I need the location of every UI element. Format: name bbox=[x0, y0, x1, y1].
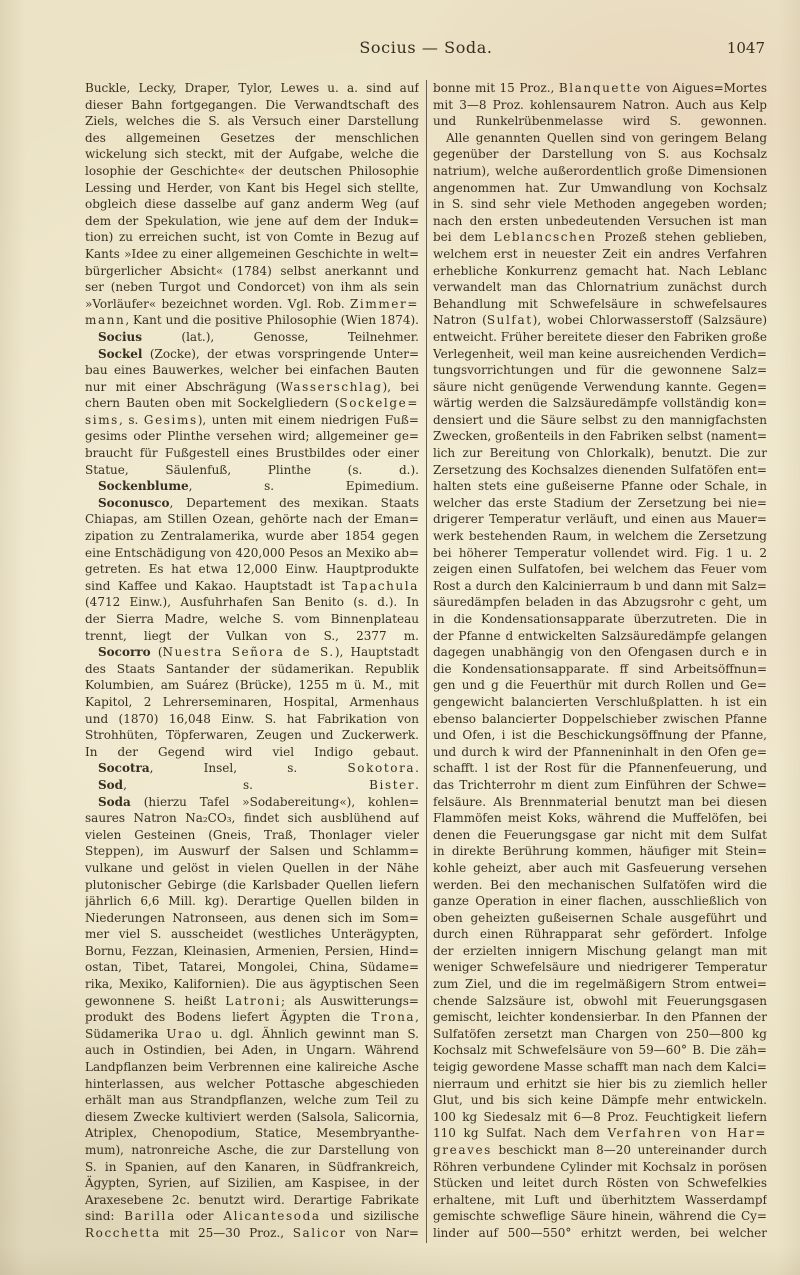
text-line: zeigen einen Sulfatofen, bei welchem das… bbox=[433, 561, 767, 578]
text-line: verwandelt man das Chlornatrium zunächst… bbox=[433, 279, 767, 296]
text-line: gen und g die Feuerthür mit durch Rollen… bbox=[433, 677, 767, 694]
text-line: (4712 Einw.), Ausfuhrhafen San Benito (s… bbox=[85, 594, 419, 611]
text-line: sims, s. Gesims), unten mit einem niedri… bbox=[85, 412, 419, 429]
text-line: chende Salzsäure ist, obwohl mit Feuerun… bbox=[433, 993, 767, 1010]
text-line: Flammöfen meist Koks, während die Muffel… bbox=[433, 810, 767, 827]
text-line: werk bestehenden Raum, in welchem die Ze… bbox=[433, 528, 767, 545]
entry-headword: Socorro bbox=[98, 645, 151, 659]
text-line: 100 kg Siedesalz mit 6—8 Proz. Feuchtigk… bbox=[433, 1109, 767, 1126]
text-line: dieser Bahn fortgegangen. Die Verwandtsc… bbox=[85, 97, 419, 114]
text-line: in S. sind sehr viele Methoden angegeben… bbox=[433, 196, 767, 213]
text-line: erhaltene, mit Luft und überhitztem Wass… bbox=[433, 1192, 767, 1209]
entry-headword: Soconusco bbox=[98, 496, 170, 510]
text-line: Lessing und Herder, von Kant bis Hegel s… bbox=[85, 180, 419, 197]
text-line: gewonnene S. heißt Latroni; als Auswitte… bbox=[85, 993, 419, 1010]
text-line: bürgerlicher Absicht« (1784) selbst aner… bbox=[85, 263, 419, 280]
text-line: zum Ziel, und die im regelmäßigern Strom… bbox=[433, 976, 767, 993]
text-line: ser (neben Turgot und Condorcet) von ihm… bbox=[85, 279, 419, 296]
column-gutter bbox=[419, 80, 433, 1243]
text-line: Behandlung mit Schwefelsäure in schwefel… bbox=[433, 296, 767, 313]
emphasized-term: Gesims bbox=[144, 413, 198, 427]
text-line: drigerer Temperatur verläuft, und einen … bbox=[433, 511, 767, 528]
text-line: entweicht. Früher bereitete dieser den F… bbox=[433, 329, 767, 346]
text-line: Araxesebene 2c. benutzt wird. Derartige … bbox=[85, 1192, 419, 1209]
text-line: säure nicht genügende Verwendung kannte.… bbox=[433, 379, 767, 396]
text-line: wärtig werden die Salzsäuredämpfe vollst… bbox=[433, 395, 767, 412]
emphasized-term: Barilla bbox=[124, 1209, 176, 1223]
text-line: tion) zu erreichen sucht, ist von Comte … bbox=[85, 229, 419, 246]
text-line: Steppen), im Auswurf der Salsen und Schl… bbox=[85, 843, 419, 860]
emphasized-term: Wasserschlag bbox=[280, 380, 382, 394]
text-line: Atriplex, Chenopodium, Statice, Mesembry… bbox=[85, 1125, 419, 1142]
text-line: losophie der Geschichte« der deutschen P… bbox=[85, 163, 419, 180]
text-line: Sockel (Zocke), der etwas vorspringende … bbox=[85, 346, 419, 363]
text-line: und Ofen, i ist die Beschickungsöffnung … bbox=[433, 727, 767, 744]
text-line: Sockenblume, s. Epimedium. bbox=[85, 478, 419, 495]
text-line: linder auf 500—550° erhitzt werden, bei … bbox=[433, 1225, 767, 1242]
text-line: Soconusco, Departement des mexikan. Staa… bbox=[85, 495, 419, 512]
text-line: Kolumbien, am Suárez (Brücke), 1255 m ü.… bbox=[85, 677, 419, 694]
text-line: tungsvorrichtungen und für die gewonnene… bbox=[433, 362, 767, 379]
text-line: in die Kondensationsapparate überzutrete… bbox=[433, 611, 767, 628]
text-line: gengewicht balancierten Verschlußplatten… bbox=[433, 694, 767, 711]
text-line: saures Natron Na₂CO₃, findet sich ausblü… bbox=[85, 810, 419, 827]
text-line: S. in Spanien, auf den Kanaren, in Südfr… bbox=[85, 1159, 419, 1176]
text-line: welcher das erste Stadium der Zersetzung… bbox=[433, 495, 767, 512]
text-line: die Kondensationsapparate. ff sind Arbei… bbox=[433, 661, 767, 678]
text-line: Niederungen Natronseen, aus denen sich i… bbox=[85, 910, 419, 927]
text-line: mum), natronreiche Asche, die zur Darste… bbox=[85, 1142, 419, 1159]
text-line: weniger Schwefelsäure und niedrigerer Te… bbox=[433, 959, 767, 976]
text-line: Röhren verbundene Cylinder mit Kochsalz … bbox=[433, 1159, 767, 1176]
text-line: densiert und die Säure selbst zu den man… bbox=[433, 412, 767, 429]
emphasized-term: Verfahren von Har= bbox=[607, 1126, 767, 1140]
text-line: bei höherer Temperatur vollendet wird. F… bbox=[433, 545, 767, 562]
emphasized-term: Rocchetta bbox=[85, 1226, 161, 1240]
entry-headword: Socius bbox=[98, 330, 142, 344]
page-title: Socius — Soda. bbox=[85, 38, 767, 57]
text-line: Bornu, Fezzan, Kleinasien, Armenien, Per… bbox=[85, 943, 419, 960]
text-line: der erzielten innigern Mischung gelangt … bbox=[433, 943, 767, 960]
entry-headword: Sockel bbox=[98, 347, 142, 361]
text-line: lich zur Bereitung von Chlorkalk), benut… bbox=[433, 445, 767, 462]
text-line: säuredämpfen beladen in das Abzugsrohr c… bbox=[433, 594, 767, 611]
text-line: »Vorläufer« bezeichnet worden. Vgl. Rob.… bbox=[85, 296, 419, 313]
text-line: oben geheizten gußeisernen Schale ausgef… bbox=[433, 910, 767, 927]
text-line: Verlegenheit, weil man keine ausreichend… bbox=[433, 346, 767, 363]
text-line: Ziels, welches die S. als Versuch einer … bbox=[85, 113, 419, 130]
text-line: Statue, Säulenfuß, Plinthe (s. d.). bbox=[85, 462, 419, 479]
text-line: ostan, Tibet, Tatarei, Mongolei, China, … bbox=[85, 959, 419, 976]
entry-headword: Soda bbox=[98, 795, 131, 809]
text-line: dem der Spekulation, wie jene auf dem de… bbox=[85, 213, 419, 230]
text-line: schafft. l ist der Rost für die Pfannenf… bbox=[433, 760, 767, 777]
text-line: zipation zu Zentralamerika, wurde aber 1… bbox=[85, 528, 419, 545]
text-line: eine Entschädigung von 420,000 Pesos an … bbox=[85, 545, 419, 562]
text-line: Socorro (Nuestra Señora de S.), Hauptsta… bbox=[85, 644, 419, 661]
text-line: plutonischer Gebirge (die Karlsbader Que… bbox=[85, 877, 419, 894]
emphasized-term: Sokotora bbox=[347, 761, 415, 775]
text-block: Buckle, Lecky, Draper, Tylor, Lewes u. a… bbox=[85, 80, 767, 1243]
text-line: des Staats Santander der südamerikan. Re… bbox=[85, 661, 419, 678]
text-line: gesims oder Plinthe versehen wird; allge… bbox=[85, 428, 419, 445]
emphasized-term: Urao bbox=[166, 1027, 203, 1041]
text-line: Kapitol, 2 Lehrerseminaren, Hospital, Ar… bbox=[85, 694, 419, 711]
text-line: bei dem Leblancschen Prozeß stehen gebli… bbox=[433, 229, 767, 246]
text-line: braucht für Fußgestell eines Brustbildes… bbox=[85, 445, 419, 462]
text-line: chern Bauten oben mit Sockelgliedern (So… bbox=[85, 395, 419, 412]
right-column: bonne mit 15 Proz., Blanquette von Aigue… bbox=[433, 80, 767, 1243]
text-line: angenommen hat. Zur Umwandlung von Kochs… bbox=[433, 180, 767, 197]
text-line: diesem Zwecke kultiviert werden (Salsola… bbox=[85, 1109, 419, 1126]
text-line: der Sierra Madre, welche S. vom Binnenpl… bbox=[85, 611, 419, 628]
emphasized-term: Bister bbox=[369, 778, 415, 792]
text-line: sind Kaffee und Kakao. Hauptstadt ist Ta… bbox=[85, 578, 419, 595]
text-line: halten stets eine gußeiserne Pfanne oder… bbox=[433, 478, 767, 495]
text-line: Chiapas, am Stillen Ozean, gehörte nach … bbox=[85, 511, 419, 528]
text-line: Zersetzung des Kochsalzes dienenden Sulf… bbox=[433, 462, 767, 479]
column-divider bbox=[426, 80, 427, 1243]
emphasized-term: Alicantesoda bbox=[223, 1209, 320, 1223]
text-line: dagegen unabhängig von den Ofengasen dur… bbox=[433, 644, 767, 661]
text-line: bonne mit 15 Proz., Blanquette von Aigue… bbox=[433, 80, 767, 97]
text-line: Landpflanzen beim Verbrennen eine kalire… bbox=[85, 1059, 419, 1076]
text-line: In der Gegend wird viel Indigo gebaut. bbox=[85, 744, 419, 761]
emphasized-term: Zimmer= bbox=[350, 297, 419, 311]
text-line: Sulfatöfen zersetzt man Chargen von 250—… bbox=[433, 1026, 767, 1043]
text-line: Rocchetta mit 25—30 Proz., Salicor von N… bbox=[85, 1225, 419, 1242]
text-line: produkt des Bodens liefert Ägypten die T… bbox=[85, 1009, 419, 1026]
text-line: Zwecken, großenteils in den Fabriken sel… bbox=[433, 428, 767, 445]
text-line: gemischte schweflige Säure hinein, währe… bbox=[433, 1208, 767, 1225]
text-line: Socotra, Insel, s. Sokotora. bbox=[85, 760, 419, 777]
text-line: Alle genannten Quellen sind von geringem… bbox=[433, 130, 767, 147]
text-line: Rost a durch den Kalcinierraum b und dan… bbox=[433, 578, 767, 595]
text-line: Natron (Sulfat), wobei Chlorwasserstoff … bbox=[433, 312, 767, 329]
text-line: auch in Ostindien, bei Aden, in Ungarn. … bbox=[85, 1042, 419, 1059]
page-number: 1047 bbox=[727, 39, 765, 57]
text-line: ebenso balancierter Doppelschieber zwisc… bbox=[433, 711, 767, 728]
text-line: jährlich 6,6 Mill. kg). Derartige Quelle… bbox=[85, 893, 419, 910]
text-line: wickelung sich steckt, mit der Aufgabe, … bbox=[85, 146, 419, 163]
text-line: Sod, s. Bister. bbox=[85, 777, 419, 794]
text-line: nur mit einer Abschrägung (Wasserschlag)… bbox=[85, 379, 419, 396]
text-line: Südamerika Urao u. dgl. Ähnlich gewinnt … bbox=[85, 1026, 419, 1043]
text-line: 110 kg Sulfat. Nach dem Verfahren von Ha… bbox=[433, 1125, 767, 1142]
text-line: mann, Kant und die positive Philosophie … bbox=[85, 312, 419, 329]
text-line: gemischt, leichter kondensierbar. In den… bbox=[433, 1009, 767, 1026]
emphasized-term: Trona bbox=[371, 1010, 415, 1024]
text-line: erhebliche Konkurrenz gemacht hat. Nach … bbox=[433, 263, 767, 280]
text-line: welchem erst in neuester Zeit ein andres… bbox=[433, 246, 767, 263]
text-line: in direkte Berührung kommen, häufiger mi… bbox=[433, 843, 767, 860]
text-line: und Runkelrübenmelasse wird S. gewonnen. bbox=[433, 113, 767, 130]
emphasized-term: Sockelge= bbox=[339, 396, 419, 410]
text-line: und (1870) 16,048 Einw. S. hat Fabrikati… bbox=[85, 711, 419, 728]
text-line: vulkane und gelöst in vielen Quellen in … bbox=[85, 860, 419, 877]
text-line: getreten. Es hat etwa 12,000 Einw. Haupt… bbox=[85, 561, 419, 578]
text-line: felsäure. Als Brennmaterial benutzt man … bbox=[433, 794, 767, 811]
text-line: trennt, liegt der Vulkan von S., 2377 m. bbox=[85, 628, 419, 645]
text-line: hinterlassen, aus welcher Pottasche abge… bbox=[85, 1076, 419, 1093]
text-line: obgleich diese dasselbe auf ganz anderm … bbox=[85, 196, 419, 213]
text-line: werden. Bei den mechanischen Sulfatöfen … bbox=[433, 877, 767, 894]
text-line: durch einen Rührapparat sehr gefördert. … bbox=[433, 926, 767, 943]
text-line: Buckle, Lecky, Draper, Tylor, Lewes u. a… bbox=[85, 80, 419, 97]
text-line: bau eines Bauwerkes, welcher bei einfach… bbox=[85, 362, 419, 379]
text-line: rika, Mexiko, Kalifornien). Die aus ägyp… bbox=[85, 976, 419, 993]
emphasized-term: sims bbox=[85, 413, 119, 427]
entry-headword: Sockenblume bbox=[98, 479, 189, 493]
entry-headword: Sod bbox=[98, 778, 123, 792]
left-column: Buckle, Lecky, Draper, Tylor, Lewes u. a… bbox=[85, 80, 419, 1243]
text-line: mit 3—8 Proz. kohlensaurem Natron. Auch … bbox=[433, 97, 767, 114]
text-line: Soda (hierzu Tafel »Sodabereitung«), koh… bbox=[85, 794, 419, 811]
emphasized-term: Leblancschen bbox=[494, 230, 597, 244]
emphasized-term: mann bbox=[85, 313, 125, 327]
emphasized-term: Tapachula bbox=[342, 579, 419, 593]
text-line: Glut, und bis sich keine Dämpfe mehr ent… bbox=[433, 1092, 767, 1109]
emphasized-term: Nuestra Señora de S. bbox=[163, 645, 335, 659]
document-page: { "header": { "title": "Socius — Soda.",… bbox=[0, 0, 800, 1275]
text-line: kohle geheizt, aber auch mit Gasfeuerung… bbox=[433, 860, 767, 877]
text-line: ganze Operation in einer flachen, aussch… bbox=[433, 893, 767, 910]
emphasized-term: Salicor bbox=[293, 1226, 347, 1240]
text-line: Ägypten, Syrien, auf Sizilien, am Kaspis… bbox=[85, 1175, 419, 1192]
text-line: nach den ersten unbedeutenden Versuchen … bbox=[433, 213, 767, 230]
text-line: denen die Feuerungsgase gar nicht mit de… bbox=[433, 827, 767, 844]
text-line: das Trichterrohr m dient zum Einführen d… bbox=[433, 777, 767, 794]
text-line: des allgemeinen Gesetzes der menschliche… bbox=[85, 130, 419, 147]
text-line: mer viel S. ausscheidet (westliches Unte… bbox=[85, 926, 419, 943]
text-line: Stücken und leitet durch Rösten von Schw… bbox=[433, 1175, 767, 1192]
text-line: natrium), welche außerordentlich große D… bbox=[433, 163, 767, 180]
emphasized-term: Latroni bbox=[225, 994, 281, 1008]
emphasized-term: Sulfat bbox=[487, 313, 533, 327]
text-line: nierraum und erhitzt sie hier bis zu zie… bbox=[433, 1076, 767, 1093]
emphasized-term: greaves bbox=[433, 1143, 492, 1157]
text-line: Strohhüten, Töpferwaren, Zeugen und Zuck… bbox=[85, 727, 419, 744]
text-line: erhält man aus Strandpflanzen, welche zu… bbox=[85, 1092, 419, 1109]
emphasized-term: Blanquette bbox=[559, 81, 642, 95]
text-line: vielen Gesteinen (Gneis, Traß, Thonlager… bbox=[85, 827, 419, 844]
text-line: sind: Barilla oder Alicantesoda und sizi… bbox=[85, 1208, 419, 1225]
text-line: und durch k wird der Pfanneninhalt in de… bbox=[433, 744, 767, 761]
running-header: Socius — Soda. 1047 bbox=[85, 38, 767, 60]
text-line: teigig gewordene Masse schafft man nach … bbox=[433, 1059, 767, 1076]
text-line: greaves beschickt man 8—20 untereinander… bbox=[433, 1142, 767, 1159]
text-line: Kochsalz mit Schwefelsäure von 59—60° B.… bbox=[433, 1042, 767, 1059]
text-line: Kants »Idee zu einer allgemeinen Geschic… bbox=[85, 246, 419, 263]
text-line: Socius (lat.), Genosse, Teilnehmer. bbox=[85, 329, 419, 346]
text-line: der Pfanne d entwickelten Salzsäuredämpf… bbox=[433, 628, 767, 645]
text-line: gegenüber der Darstellung von S. aus Koc… bbox=[433, 146, 767, 163]
entry-headword: Socotra bbox=[98, 761, 150, 775]
